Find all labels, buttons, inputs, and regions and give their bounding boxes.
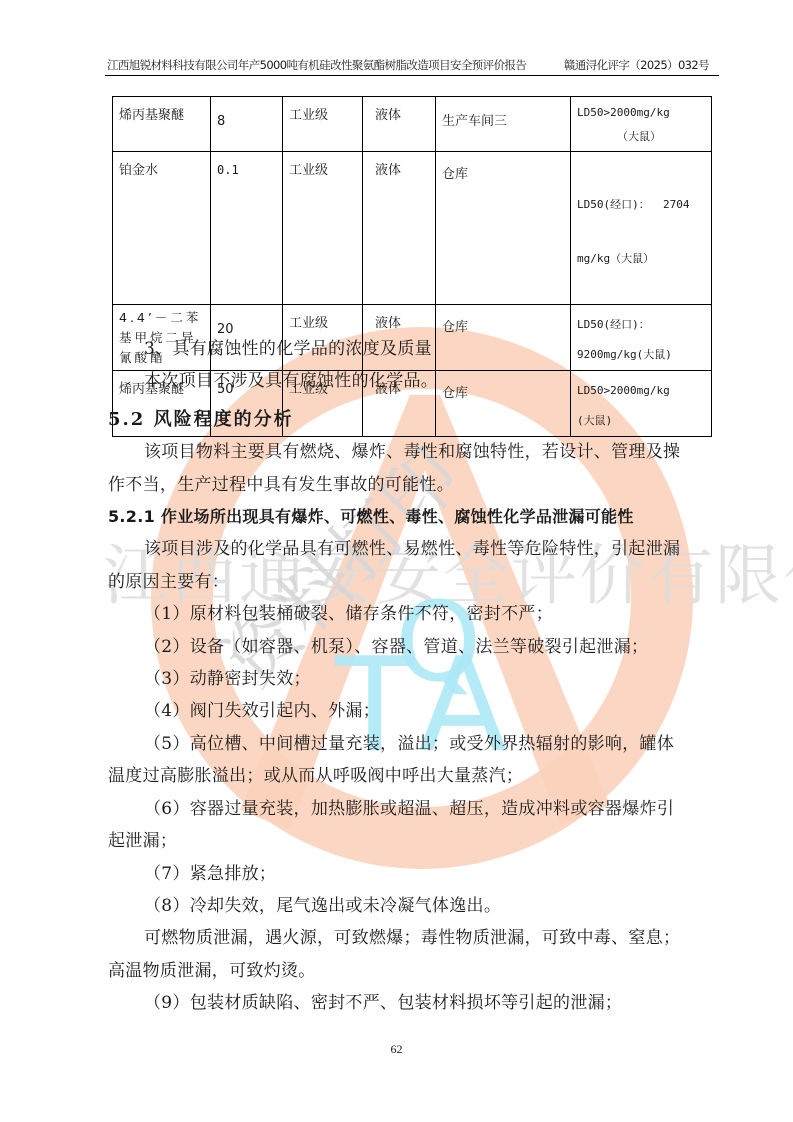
cell-location: 仓库 [436,152,570,185]
cell-state: 液体 [363,97,435,126]
list-item-1: （1）原材料包装桶破裂、储存条件不符，密封不严； [108,598,720,630]
paragraph-leak-causes-line2: 的原因主要有： [108,566,720,598]
document-number: 赣通浔化评字（2025）032号 [564,57,709,73]
cell-location: 生产车间三 [436,97,570,132]
page-header: 江西旭锐材料科技有限公司年产5000吨有机硅改性聚氨酯树脂改造项目安全预评价报告… [105,55,719,76]
paragraph-risk-line1: 该项目物料主要具有燃烧、爆炸、毒性和腐蚀特性，若设计、管理及操 [108,436,720,468]
cell-state: 液体 [363,152,435,181]
cell-grade: 工业级 [283,305,362,334]
list-item-4: （4）阀门失效引起内、外漏； [108,695,720,727]
section-heading-5-2: 5.2 风险程度的分析 [108,404,720,436]
paragraph-consequences-line1: 可燃物质泄漏，遇火源，可致燃爆；毒性物质泄漏，可致中毒、窒息； [108,922,720,954]
cell-toxicity-line1: LD50(经口)： 2704 [577,196,705,214]
table-row: 烯丙基聚醚 8 工业级 液体 生产车间三 LD50>2000mg/kg （大鼠） [113,97,712,152]
paragraph-no-corrosive: 本次项目不涉及具有腐蚀性的化学品。 [108,365,720,397]
paragraph-consequences-line2: 高温物质泄漏，可致灼烫。 [108,955,720,987]
cell-toxicity-line2: （大鼠） [577,125,705,149]
paragraph-leak-causes-line1: 该项目涉及的化学品具有可燃性、易燃性、毒性等危险特性，引起泄漏 [108,533,720,565]
list-item-9: （9）包装材质缺陷、密封不严、包装材料损坏等引起的泄漏； [108,987,720,1019]
cell-name: 铂金水 [113,152,210,181]
list-item-5-line2: 温度过高膨胀溢出；或从而从呼吸阀中呼出大量蒸汽； [108,760,720,792]
list-item-5-line1: （5）高位槽、中间槽过量充装，溢出；或受外界热辐射的影响，罐体 [108,728,720,760]
report-title: 江西旭锐材料科技有限公司年产5000吨有机硅改性聚氨酯树脂改造项目安全预评价报告 [107,57,526,73]
cell-name: 烯丙基聚醚 [113,97,210,126]
cell-state: 液体 [363,305,435,334]
cell-grade: 工业级 [283,152,362,181]
body-text: 3、具有腐蚀性的化学品的浓度及质量 本次项目不涉及具有腐蚀性的化学品。 5.2 … [108,333,720,1020]
table-row: 铂金水 0.1 工业级 液体 仓库 LD50(经口)： 2704 mg/kg（大… [113,152,712,305]
list-item-7: （7）紧急排放； [108,858,720,890]
cell-toxicity-line2: mg/kg（大鼠） [577,250,705,268]
list-item-2: （2）设备（如容器、机泵）、容器、管道、法兰等破裂引起泄漏； [108,631,720,663]
list-item-3: （3）动静密封失效； [108,663,720,695]
list-item-6-line2: 起泄漏； [108,825,720,857]
cell-grade: 工业级 [283,97,362,126]
list-item-8: （8）冷却失效，尾气逸出或未冷凝气体逸出。 [108,890,720,922]
page-number: 62 [0,1042,793,1057]
section-heading-5-2-1: 5.2.1 作业场所出现具有爆炸、可燃性、毒性、腐蚀性化学品泄漏可能性 [108,501,720,533]
paragraph-corrosive-heading: 3、具有腐蚀性的化学品的浓度及质量 [108,333,720,365]
cell-quantity: 0.1 [211,152,282,181]
paragraph-risk-line2: 作不当，生产过程中具有发生事故的可能性。 [108,469,720,501]
list-item-6-line1: （6）容器过量充装，加热膨胀或超温、超压，造成冲料或容器爆炸引 [108,793,720,825]
cell-quantity: 8 [211,97,282,132]
cell-toxicity-line1: LD50>2000mg/kg [577,101,705,125]
